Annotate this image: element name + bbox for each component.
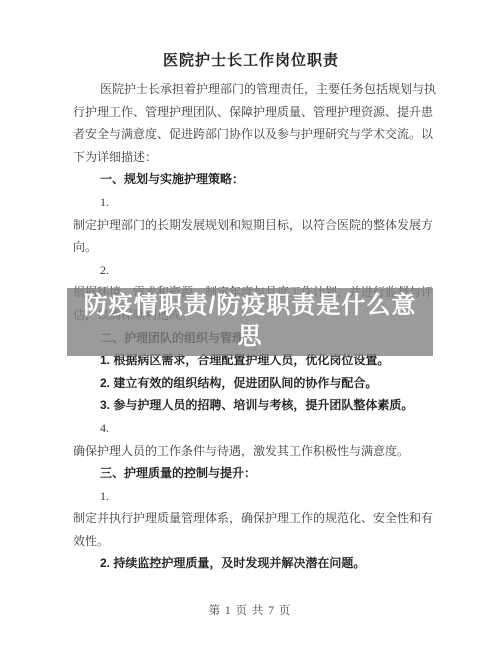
text-line: 效性。 [73,530,429,553]
text-line: 一、规划与实施护理策略： [73,168,429,191]
watermark-text-line1: 防疫情职责/防疫职责是什么意 [84,290,417,321]
text-line: 医院护士长承担着护理部门的管理责任，主要任务包括规划与执 [73,78,429,101]
text-line: 2. [73,259,429,282]
text-line: 下为详细描述： [73,146,429,169]
text-line: 三、护理质量的控制与提升： [73,462,429,485]
text-line: 2. 持续监控护理质量，及时发现并解决潜在问题。 [73,552,429,575]
text-line: 1. [73,485,429,508]
text-line: 1. [73,191,429,214]
text-line: 4. [73,417,429,440]
text-line: 制定护理部门的长期发展规划和短期目标，以符合医院的整体发展方 [73,214,429,237]
page-number: 第 1 页 共 7 页 [0,602,500,618]
text-line: 行护理工作、管理护理团队、保障护理质量、管理护理资源、提升患 [73,101,429,124]
watermark-text-line2: 思 [238,321,263,352]
text-line: 制定并执行护理质量管理体系，确保护理工作的规范化、安全性和有 [73,507,429,530]
text-line: 确保护理人员的工作条件与待遇，激发其工作积极性与满意度。 [73,440,429,463]
text-line: 3. 参与护理人员的招聘、培训与考核，提升团队整体素质。 [73,394,429,417]
document-title: 医院护士长工作岗位职责 [73,49,429,72]
text-line: 向。 [73,236,429,259]
text-line: 者安全与满意度、促进跨部门协作以及参与护理研究与学术交流。以 [73,123,429,146]
text-line: 2. 建立有效的组织结构，促进团队间的协作与配合。 [73,372,429,395]
watermark-banner: 防疫情职责/防疫职责是什么意 思 [67,288,433,356]
document-page: 医院护士长工作岗位职责 医院护士长承担着护理部门的管理责任，主要任务包括规划与执… [0,0,500,647]
